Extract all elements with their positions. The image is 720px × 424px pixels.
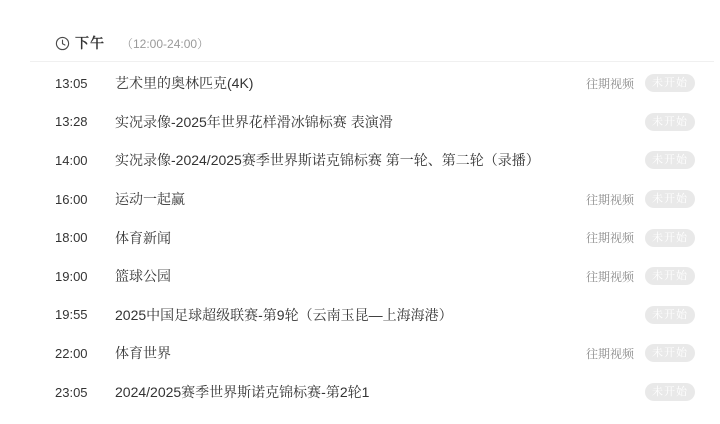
- program-time: 14:00: [55, 153, 115, 168]
- program-time: 19:00: [55, 269, 115, 284]
- program-row-actions: 未开始: [645, 306, 695, 324]
- status-badge-not-started[interactable]: 未开始: [645, 383, 695, 401]
- status-badge-not-started[interactable]: 未开始: [645, 74, 695, 92]
- program-title: 2024/2025赛季世界斯诺克锦标赛-第2轮1: [115, 382, 645, 402]
- program-row: 22:00 体育世界 往期视频 未开始: [0, 334, 720, 373]
- program-time: 13:05: [55, 76, 115, 91]
- program-row: 13:28 实况录像-2025年世界花样滑冰锦标赛 表演滑 未开始: [0, 103, 720, 142]
- program-title: 2025中国足球超级联赛-第9轮（云南玉昆—上海海港）: [115, 305, 645, 325]
- program-title: 体育新闻: [115, 228, 586, 248]
- program-title: 实况录像-2024/2025赛季世界斯诺克锦标赛 第一轮、第二轮（录播）: [115, 150, 645, 170]
- status-badge-not-started[interactable]: 未开始: [645, 151, 695, 169]
- program-time: 23:05: [55, 385, 115, 400]
- header-divider: [30, 61, 714, 62]
- program-list: 13:05 艺术里的奥林匹克(4K) 往期视频 未开始 13:28 实况录像-2…: [0, 64, 720, 411]
- program-row: 23:05 2024/2025赛季世界斯诺克锦标赛-第2轮1 未开始: [0, 373, 720, 412]
- program-row: 18:00 体育新闻 往期视频 未开始: [0, 218, 720, 257]
- program-row-actions: 未开始: [645, 151, 695, 169]
- program-row: 19:55 2025中国足球超级联赛-第9轮（云南玉昆—上海海港） 未开始: [0, 296, 720, 335]
- status-badge-not-started[interactable]: 未开始: [645, 267, 695, 285]
- schedule-header: 下午 （12:00-24:00）: [0, 0, 720, 54]
- replay-video-link[interactable]: 往期视频: [586, 191, 634, 208]
- status-badge-not-started[interactable]: 未开始: [645, 190, 695, 208]
- program-title: 体育世界: [115, 343, 586, 363]
- status-badge-not-started[interactable]: 未开始: [645, 113, 695, 131]
- program-row: 16:00 运动一起赢 往期视频 未开始: [0, 180, 720, 219]
- program-time: 16:00: [55, 192, 115, 207]
- program-row-actions: 往期视频 未开始: [586, 229, 695, 247]
- program-title: 篮球公园: [115, 266, 586, 286]
- program-row-actions: 往期视频 未开始: [586, 190, 695, 208]
- period-label: 下午: [75, 33, 105, 53]
- program-title: 运动一起赢: [115, 189, 586, 209]
- replay-video-link[interactable]: 往期视频: [586, 268, 634, 285]
- program-row-actions: 往期视频 未开始: [586, 74, 695, 92]
- program-time: 22:00: [55, 346, 115, 361]
- program-schedule-panel: 下午 （12:00-24:00） 13:05 艺术里的奥林匹克(4K) 往期视频…: [0, 0, 720, 424]
- status-badge-not-started[interactable]: 未开始: [645, 229, 695, 247]
- program-row-actions: 往期视频 未开始: [586, 267, 695, 285]
- program-title: 艺术里的奥林匹克(4K): [115, 73, 586, 93]
- program-row-actions: 未开始: [645, 383, 695, 401]
- program-row-actions: 往期视频 未开始: [586, 344, 695, 362]
- program-title: 实况录像-2025年世界花样滑冰锦标赛 表演滑: [115, 112, 645, 132]
- program-row: 13:05 艺术里的奥林匹克(4K) 往期视频 未开始: [0, 64, 720, 103]
- replay-video-link[interactable]: 往期视频: [586, 229, 634, 246]
- status-badge-not-started[interactable]: 未开始: [645, 344, 695, 362]
- replay-video-link[interactable]: 往期视频: [586, 75, 634, 92]
- status-badge-not-started[interactable]: 未开始: [645, 306, 695, 324]
- replay-video-link[interactable]: 往期视频: [586, 345, 634, 362]
- program-time: 19:55: [55, 307, 115, 322]
- program-time: 18:00: [55, 230, 115, 245]
- program-row: 19:00 篮球公园 往期视频 未开始: [0, 257, 720, 296]
- program-time: 13:28: [55, 114, 115, 129]
- program-row-actions: 未开始: [645, 113, 695, 131]
- program-row: 14:00 实况录像-2024/2025赛季世界斯诺克锦标赛 第一轮、第二轮（录…: [0, 141, 720, 180]
- clock-icon: [55, 36, 70, 51]
- time-range-label: （12:00-24:00）: [121, 35, 209, 52]
